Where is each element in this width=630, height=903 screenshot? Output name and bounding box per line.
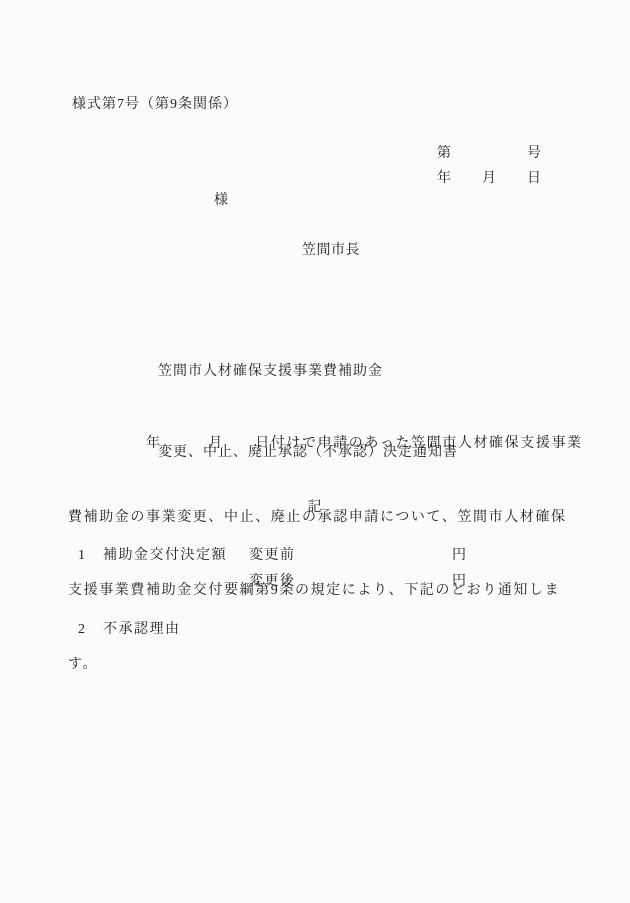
- amount-after-unit: 円: [452, 572, 466, 592]
- amount-before-label: 変更前: [249, 546, 296, 566]
- doc-number-prefix: 第: [437, 144, 451, 164]
- item1-number: 1: [78, 546, 85, 566]
- document-title-line1: 笠間市人材確保支援事業費補助金: [158, 358, 458, 385]
- item2-number: 2: [78, 620, 85, 640]
- date-year-label: 年: [437, 169, 451, 189]
- date-day-label: 日: [527, 169, 541, 189]
- amount-after-label: 変更後: [249, 572, 296, 592]
- form-number: 様式第7号（第9条関係）: [72, 95, 238, 115]
- addressee-honorific: 様: [214, 191, 228, 211]
- item2-label: 不承認理由: [103, 620, 181, 640]
- sender-title: 笠間市長: [302, 241, 360, 261]
- item1-label: 補助金交付決定額: [103, 546, 227, 566]
- document-page: 様式第7号（第9条関係） 第 号 年 月 日 様 笠間市長 笠間市人材確保支援事…: [0, 0, 630, 903]
- amount-before-unit: 円: [452, 546, 466, 566]
- doc-number-suffix: 号: [527, 144, 541, 164]
- date-month-label: 月: [482, 169, 496, 189]
- body-line-1: 年 月 日付けで申請のあった笠間市人材確保支援事業: [68, 432, 568, 457]
- body-line-4: す。: [68, 653, 568, 678]
- record-marker: 記: [0, 498, 630, 518]
- body-line-3: 支援事業費補助金交付要綱第9条の規定により、下記のとおり通知しま: [68, 579, 568, 604]
